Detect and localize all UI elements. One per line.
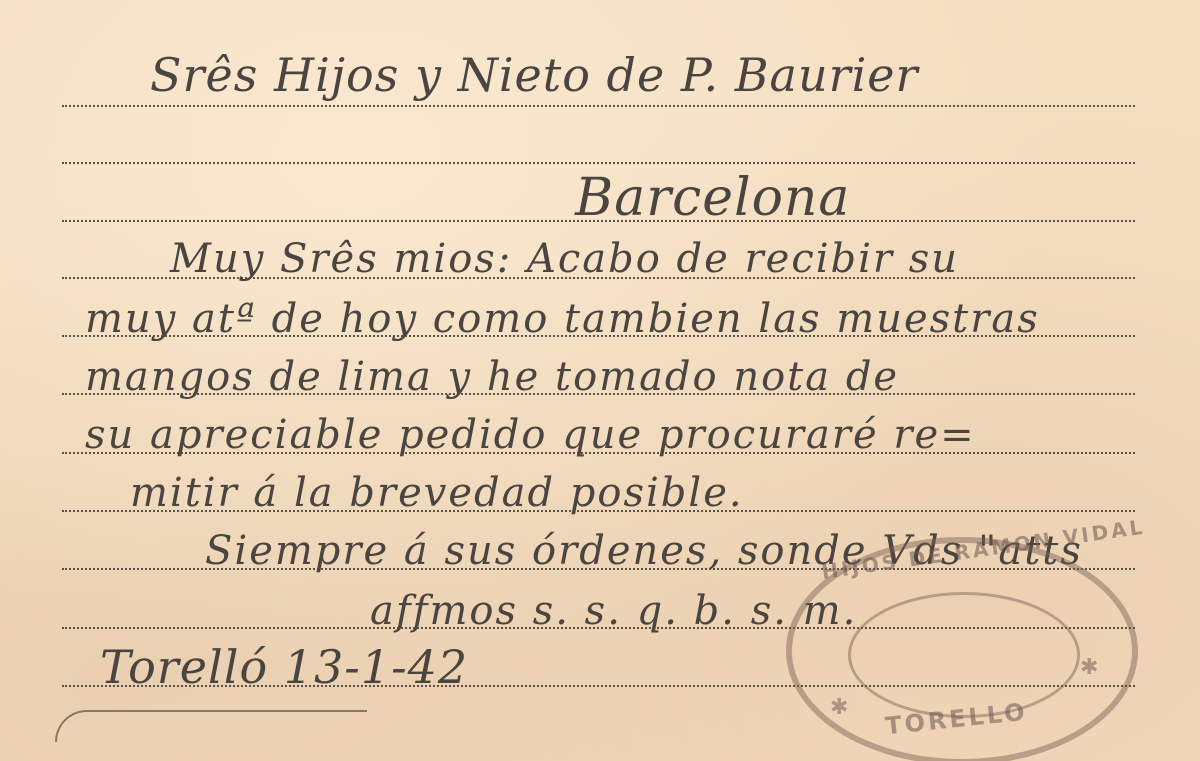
body-line-1: Muy Srês mios: Acabo de recibir su [170,236,959,282]
ruled-line [62,162,1135,164]
closing-line-2: affmos s. s. q. b. s. m. [370,588,857,634]
body-line-2: muy atª de hoy como tambien las muestras [85,296,1040,342]
body-line-5: mitir á la brevedad posible. [130,470,744,516]
body-line-3: mangos de lima y he tomado nota de [85,354,899,400]
stamp-ornament-icon: ✱ [1080,655,1098,680]
stamp-ornament-icon: ✱ [830,695,848,720]
postcard: Srês Hijos y Nieto de P. Baurier Barcelo… [0,0,1200,761]
body-line-4: su apreciable pedido que procuraré re= [85,412,976,458]
recipient-line: Srês Hijos y Nieto de P. Baurier [150,48,919,102]
city-line: Barcelona [575,168,850,228]
ruled-line [62,105,1135,107]
stamp-inner-ring [848,592,1080,718]
place-date-line: Torelló 13-1-42 [100,640,468,694]
signature-flourish [55,710,367,742]
